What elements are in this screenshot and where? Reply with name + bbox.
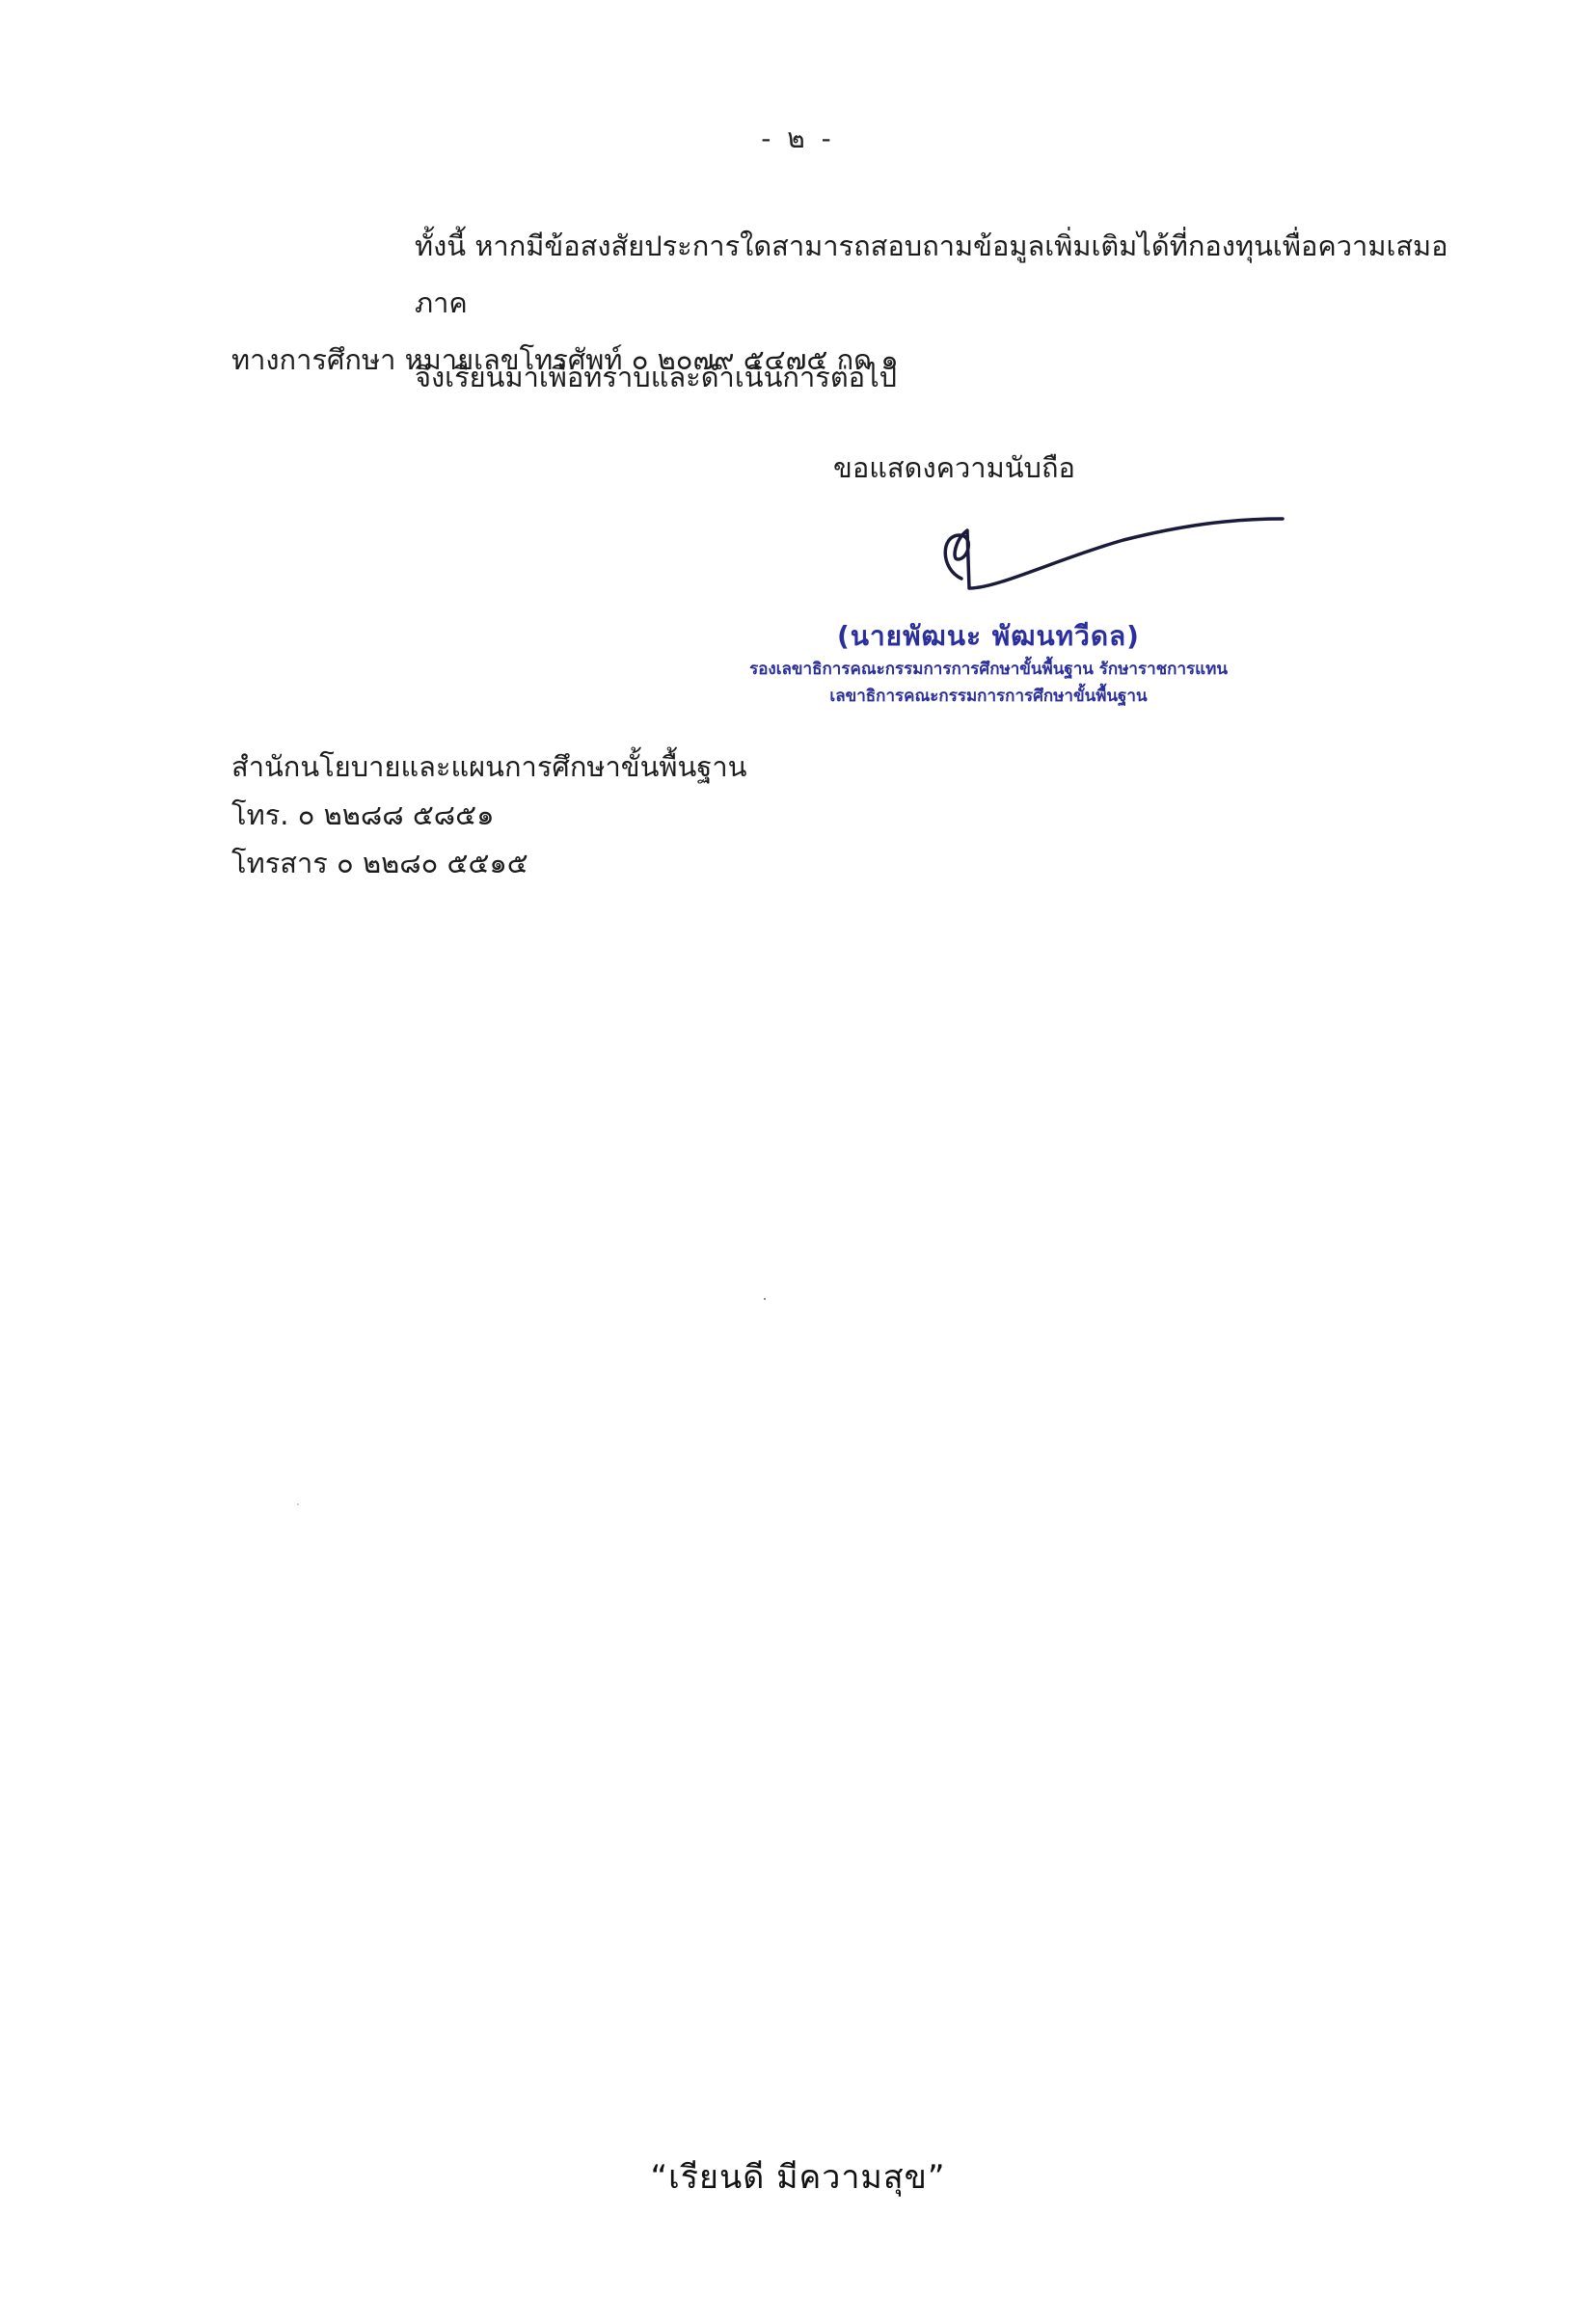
office-fax: โทรสาร ๐ ๒๒๘๐ ๕๕๑๕ <box>231 839 746 887</box>
closing-salutation: ขอแสดงความนับถือ <box>833 446 1075 490</box>
signer-title-line-1: รองเลขาธิการคณะกรรมการการศึกษาขั้นพื้นฐา… <box>675 656 1302 683</box>
office-name: สำนักนโยบายและแผนการศึกษาขั้นพื้นฐาน <box>231 743 746 791</box>
signer-name: (นายพัฒนะ พัฒนทวีดล) <box>675 617 1302 656</box>
signer-title-line-2: เลขาธิการคณะกรรมการการศึกษาขั้นพื้นฐาน <box>675 683 1302 710</box>
signer-block: (นายพัฒนะ พัฒนทวีดล) รองเลขาธิการคณะกรรม… <box>675 617 1302 710</box>
office-contact-block: สำนักนโยบายและแผนการศึกษาขั้นพื้นฐาน โทร… <box>231 743 746 887</box>
handwritten-signature-icon <box>902 492 1287 617</box>
scan-speck <box>297 1503 299 1505</box>
body-paragraph-request: จึงเรียนมาเพื่อทราบและดำเนินการต่อไป <box>415 349 1596 406</box>
body-paragraph-line-1: ทั้งนี้ หากมีข้อสงสัยประการใดสามารถสอบถา… <box>231 218 1485 332</box>
scan-speck <box>764 1298 766 1300</box>
document-page: - ๒ - ทั้งนี้ หากมีข้อสงสัยประการใดสามาร… <box>0 0 1596 2297</box>
slogan: “เรียนดี มีความสุข” <box>0 2150 1596 2202</box>
office-phone: โทร. ๐ ๒๒๘๘ ๕๘๕๑ <box>231 791 746 839</box>
page-number: - ๒ - <box>0 118 1596 160</box>
